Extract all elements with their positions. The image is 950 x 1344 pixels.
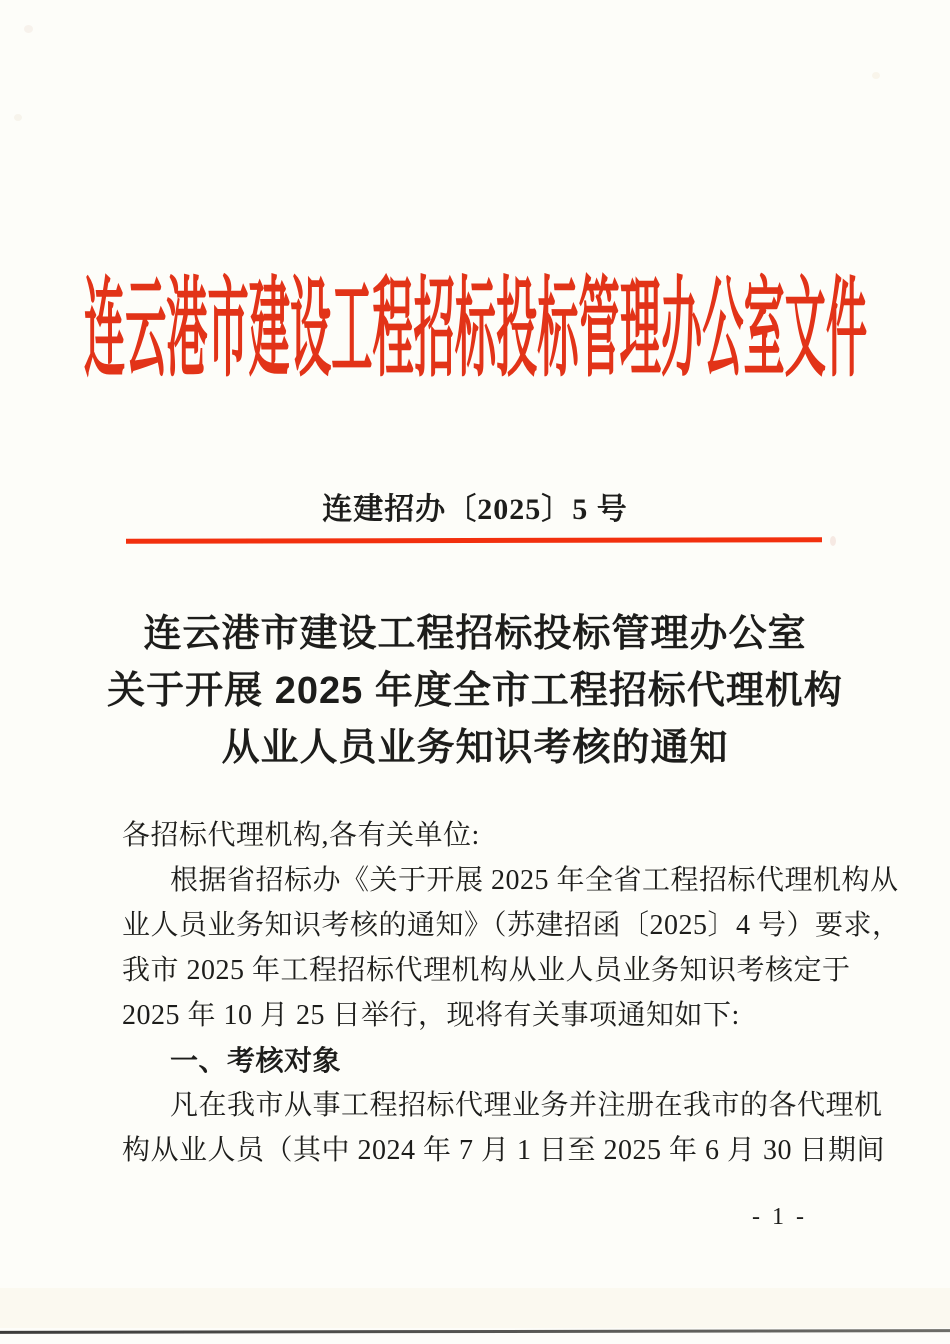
body-line-paragraph-1d: 2025 年 10 月 25 日举行，现将有关事项通知如下:	[122, 993, 838, 1038]
doc-number: 连建招办〔2025〕5 号	[0, 484, 950, 528]
scan-artifact-speck	[872, 72, 880, 79]
body-line-paragraph-2b: 构从业人员（其中 2024 年 7 月 1 日至 2025 年 6 月 30 日…	[122, 1128, 838, 1173]
document-page: 连云港市建设工程招标投标管理办公室文件 连建招办〔2025〕5 号 连云港市建设…	[0, 0, 950, 1344]
body-line-paragraph-1b: 业人员业务知识考核的通知》（苏建招函〔2025〕4 号）要求，	[122, 903, 838, 948]
notice-title: 连云港市建设工程招标投标管理办公室 关于开展 2025 年度全市工程招标代理机构…	[0, 606, 950, 777]
body-section-heading-1: 一、考核对象	[122, 1038, 838, 1083]
notice-title-line-1: 连云港市建设工程招标投标管理办公室	[0, 606, 950, 663]
scan-bottom-edge	[0, 1329, 950, 1334]
notice-body: 各招标代理机构,各有关单位: 根据省招标办《关于开展 2025 年全省工程招标代…	[122, 813, 838, 1173]
body-line-salutation: 各招标代理机构,各有关单位:	[122, 813, 838, 858]
notice-title-line-3: 从业人员业务知识考核的通知	[0, 720, 950, 777]
document-header-banner: 连云港市建设工程招标投标管理办公室文件	[0, 266, 950, 392]
scan-artifact-speck	[830, 536, 836, 546]
body-line-paragraph-1a: 根据省招标办《关于开展 2025 年全省工程招标代理机构从	[122, 858, 838, 903]
body-line-paragraph-2a: 凡在我市从事工程招标代理业务并注册在我市的各代理机	[122, 1083, 838, 1128]
page-number: - 1 -	[752, 1204, 807, 1231]
body-line-paragraph-1c: 我市 2025 年工程招标代理机构从业人员业务知识考核定于	[122, 948, 838, 993]
notice-title-line-2: 关于开展 2025 年度全市工程招标代理机构	[0, 663, 950, 720]
org-banner-text: 连云港市建设工程招标投标管理办公室文件	[83, 275, 866, 384]
scan-bottom-tint	[0, 1288, 950, 1328]
red-divider-line	[126, 537, 822, 543]
scan-artifact-speck	[14, 114, 22, 121]
scan-artifact-speck	[24, 25, 33, 33]
